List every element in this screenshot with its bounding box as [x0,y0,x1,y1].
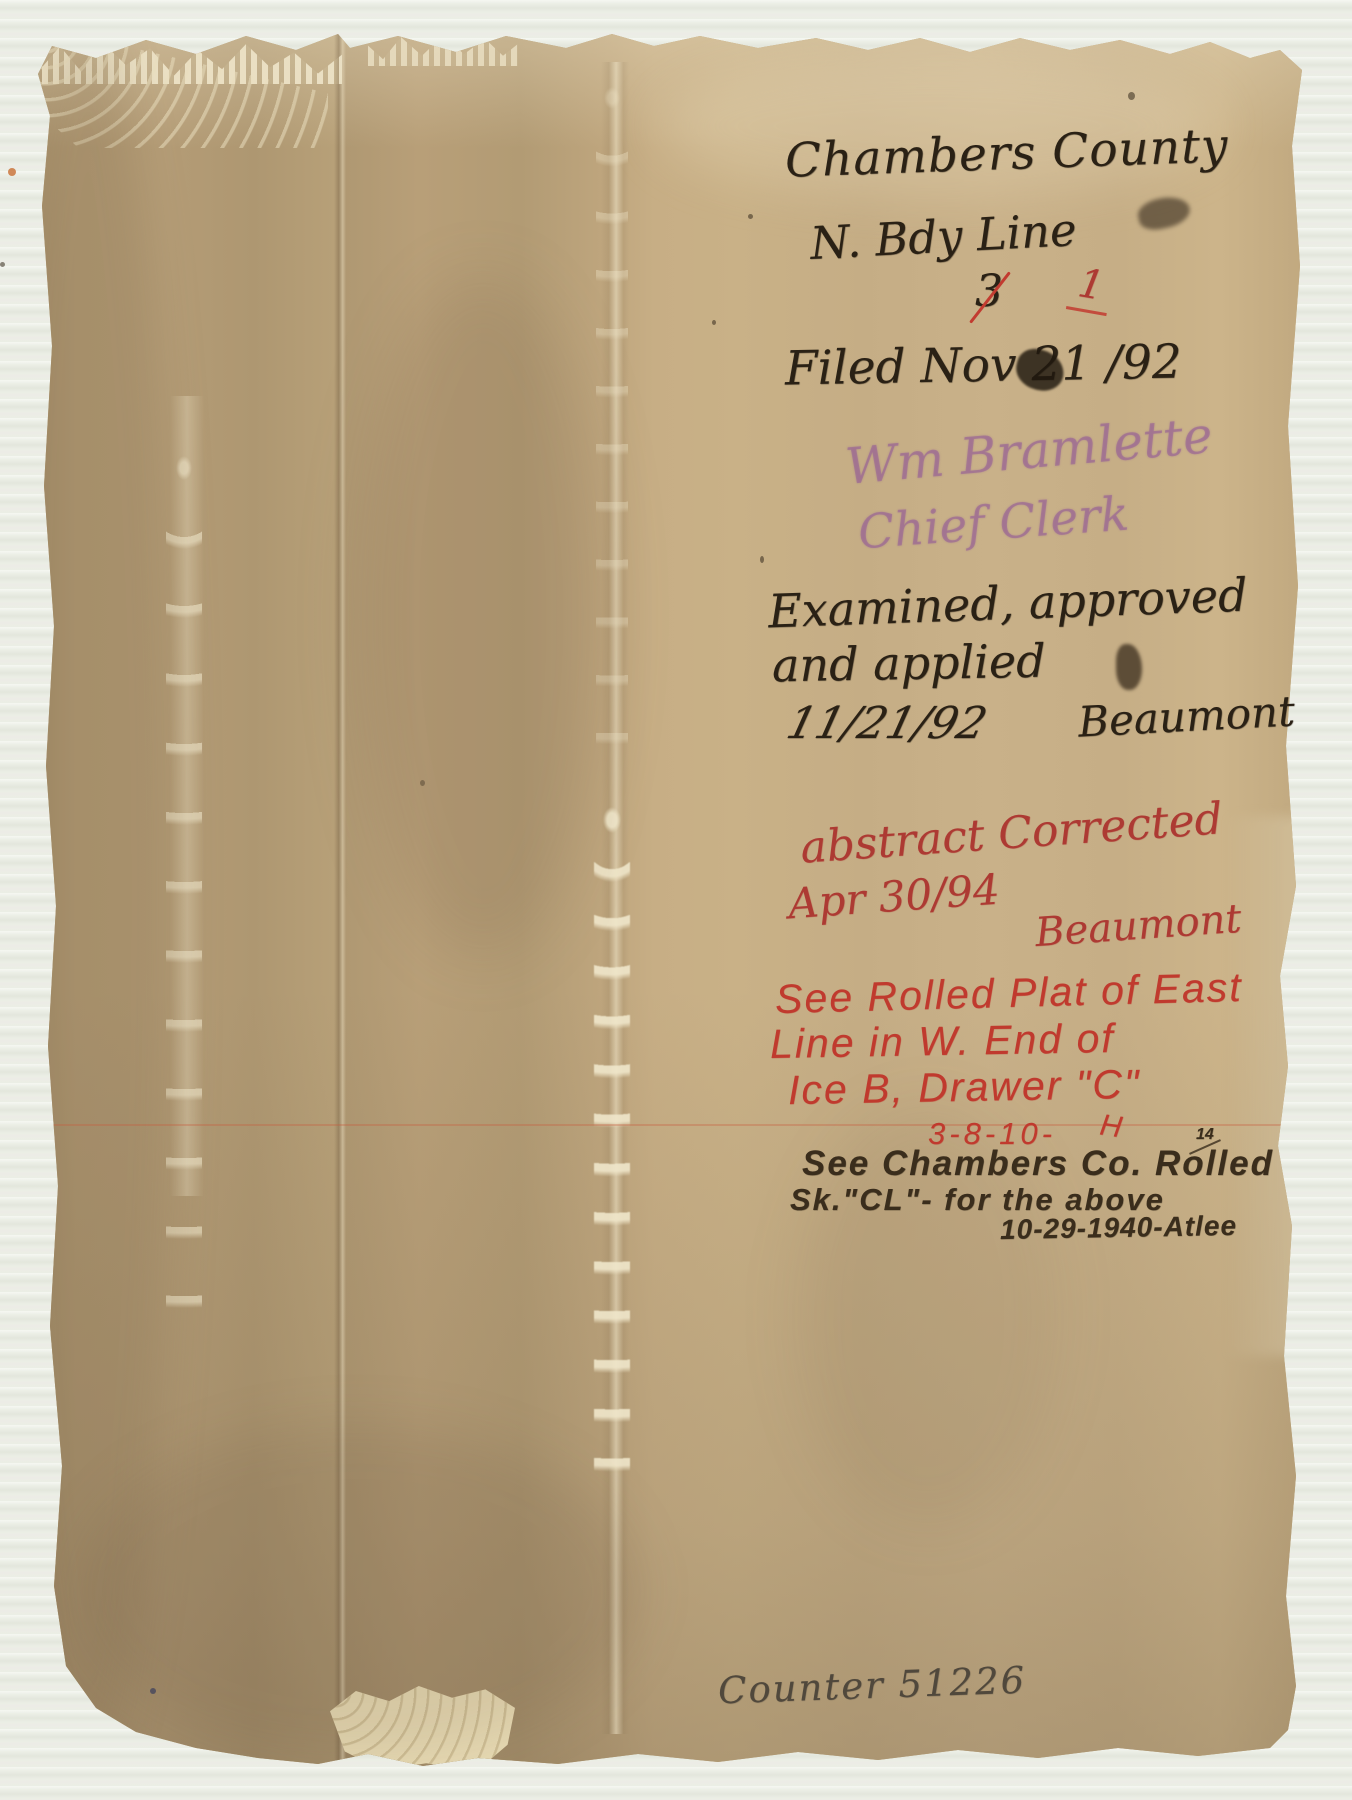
left-edge-shadow [0,26,178,1768]
crease-worn-spots-upper [596,86,628,786]
ink-speck [712,320,716,325]
worn-white-patch [330,1686,515,1770]
filed-date-line: Filed Nov 21 /92 [785,335,1183,397]
ink-speck [420,780,425,786]
ink-speck [760,556,764,563]
examined-line-2: and applied [772,634,1046,693]
background-orange-dot [8,168,16,176]
ink-speck-blue [150,1688,156,1694]
ink-speck [748,214,753,219]
center-left-stain [358,276,608,956]
frayed-bottom-left-corner [38,26,328,148]
rolled-note-superscript: 14 [1196,1126,1214,1144]
left-panel-wrinkle-spots [166,456,202,1356]
scanned-document-page: Chambers County N. Bdy Line 3 1 Filed No… [0,0,1352,1800]
plat-note-line-3: Ice B, Drawer "C" [788,1061,1141,1114]
rolled-note-line-1: See Chambers Co. Rolled [802,1144,1274,1184]
plat-note-line-2: Line in W. End of [770,1015,1115,1068]
ink-speck [0,262,5,267]
crease-worn-spots [594,806,630,1486]
examined-date: 11/21/92 [782,698,992,749]
paper-jacket [38,26,1308,1768]
ink-speck [1128,92,1135,100]
file-number-old: 3 [975,266,1003,317]
fold-seam-left [334,26,346,1768]
frayed-top-middle-edge [368,32,518,66]
rolled-note-date: 10-29-1940-Atlee [1000,1210,1238,1246]
file-number-new: 1 [1066,259,1116,316]
plat-note-initial: H [1098,1109,1126,1146]
